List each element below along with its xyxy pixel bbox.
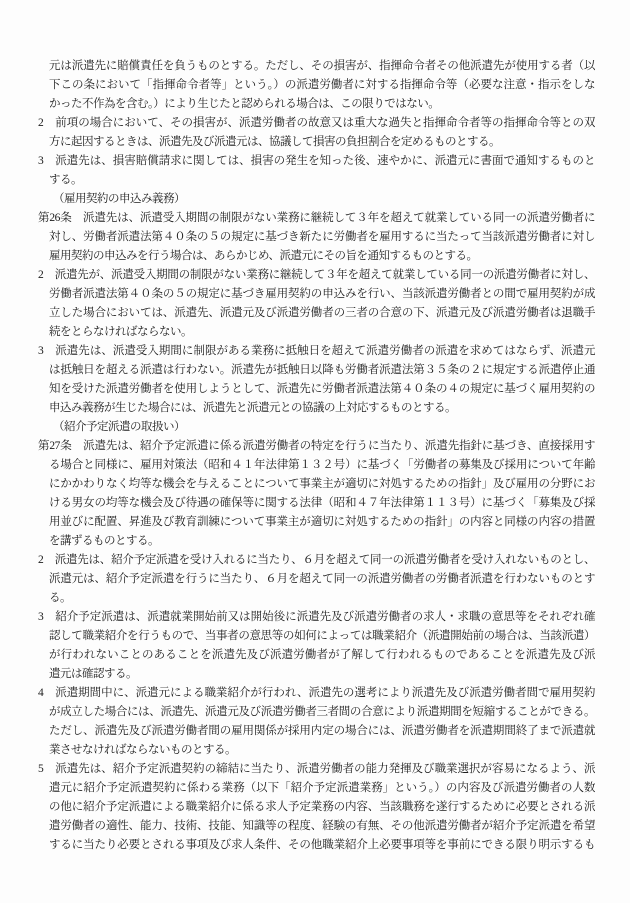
text-line: 4 派遣期間中に、派遣元による職業紹介が行われ、派遣先の選考により派遣先及び派遣… [38, 684, 595, 703]
text-line: を講ずるものとする。 [38, 532, 595, 551]
text-line: 3 派遣先は、派遣受入期間に制限がある業務に抵触日を超えて派遣労働者の派遣を求め… [38, 342, 595, 361]
text-line: の他に紹介予定派遣による職業紹介に係る求人予定業務の内容、当該職務を遂行するため… [38, 798, 595, 817]
text-line: 申込み義務が生じた場合には、派遣先と派遣元との協議の上対応するものとする。 [38, 399, 595, 418]
text-line: （紹介予定派遣の取扱い） [38, 418, 595, 437]
text-line: が成立した場合には、派遣先、派遣元及び派遣労働者三者間の合意により派遣期間を短縮… [38, 703, 595, 722]
text-line: 知を受けた派遣労働者を使用しようとして、派遣先に労働者派遣法第４０条の４の規定に… [38, 380, 595, 399]
text-line: 派遣元は、紹介予定派遣を行うに当たり、６月を超えて同一の派遣労働者の労働者派遣を… [38, 570, 595, 589]
text-line: 3 派遣先は、損害賠償請求に関しては、損害の発生を知った後、速やかに、派遣元に書… [38, 152, 595, 171]
text-line: （雇用契約の申込み義務） [38, 190, 595, 209]
text-line: 用並びに配置、昇進及び教育訓練について事業主が適切に対処するための指針」の内容と… [38, 513, 595, 532]
text-block: 元は派遣先に賠償責任を負うものとする。ただし、その損害が、指揮命令者その他派遣先… [38, 57, 595, 855]
text-line: する。 [38, 171, 595, 190]
text-line: る場合と同様に、雇用対策法（昭和４１年法律第１３２号）に基づく「労働者の募集及び… [38, 456, 595, 475]
text-line: 遣労働者の適性、能力、技術、技能、知識等の程度、経験の有無、その他派遣労働者が紹… [38, 817, 595, 836]
text-line: 第27条 派遣先は、紹介予定派遣に係る派遣労働者の特定を行うに当たり、派遣先指針… [38, 437, 595, 456]
text-line: 続をとらなければならない。 [38, 323, 595, 342]
text-line: ける男女の均等な機会及び待遇の確保等に関する法律（昭和４７年法律第１１３号）に基… [38, 494, 595, 513]
text-line: 遣元は確認する。 [38, 665, 595, 684]
text-line: 対し、労働者派遣法第４０条の５の規定に基づき新たに労働者を雇用するに当たって当該… [38, 228, 595, 247]
text-line: 立した場合においては、派遣先、派遣元及び派遣労働者の三者の合意の下、派遣元及び派… [38, 304, 595, 323]
text-line: 方に起因するときは、派遣先及び派遣元は、協議して損害の負担割合を定めるものとする… [38, 133, 595, 152]
text-line: 第26条 派遣先は、派遣受入期間の制限がない業務に継続して３年を超えて就業してい… [38, 209, 595, 228]
text-line: 3 紹介予定派遣は、派遣就業開始前又は開始後に派遣先及び派遣労働者の求人・求職の… [38, 608, 595, 627]
text-line: 雇用契約の申込みを行う場合は、あらかじめ、派遣元にその旨を通知するものとする。 [38, 247, 595, 266]
text-line: 遣元に紹介予定派遣契約に係わる業務（以下「紹介予定派遣業務」という。）の内容及び… [38, 779, 595, 798]
text-line: するに当たり必要とされる事項及び求人条件、その他職業紹介上必要事項等を事前にでき… [38, 836, 595, 855]
text-line: は抵触日を超える派遣は行わない。派遣先が抵触日以降も労働者派遣法第３５条の２に規… [38, 361, 595, 380]
text-line: 労働者派遣法第４０条の５の規定に基づき雇用契約の申込みを行い、当該派遣労働者との… [38, 285, 595, 304]
text-line: 下この条において「指揮命令者等」という。）の派遣労働者に対する指揮命令等（必要な… [38, 76, 595, 95]
text-line: にかかわりなく均等な機会を与えることについて事業主が適切に対処するための指針」及… [38, 475, 595, 494]
text-line: かった不作為を含む。）により生じたと認められる場合は、この限りではない。 [38, 95, 595, 114]
text-line: る。 [38, 589, 595, 608]
text-line: 5 派遣先は、紹介予定派遣契約の締結に当たり、派遣労働者の能力発揮及び職業選択が… [38, 760, 595, 779]
text-line: 2 派遣先が、派遣受入期間の制限がない業務に継続して３年を超えて就業している同一… [38, 266, 595, 285]
text-line: 認して職業紹介を行うもので、当事者の意思等の如何によっては職業紹介（派遣開始前の… [38, 627, 595, 646]
text-line: 元は派遣先に賠償責任を負うものとする。ただし、その損害が、指揮命令者その他派遣先… [38, 57, 595, 76]
text-line: 2 派遣先は、紹介予定派遣を受け入れるに当たり、６月を超えて同一の派遣労働者を受… [38, 551, 595, 570]
text-line: 業させなければならないものとする。 [38, 741, 595, 760]
text-line: ただし、派遣先及び派遣労働者間の雇用関係が採用内定の場合には、派遣労働者を派遣期… [38, 722, 595, 741]
text-line: 2 前項の場合において、その損害が、派遣労働者の故意又は重大な過失と指揮命令者等… [38, 114, 595, 133]
document-page: 元は派遣先に賠償責任を負うものとする。ただし、その損害が、指揮命令者その他派遣先… [0, 0, 630, 903]
text-line: が行われないことのあることを派遣先及び派遣労働者が了解して行われるものであること… [38, 646, 595, 665]
